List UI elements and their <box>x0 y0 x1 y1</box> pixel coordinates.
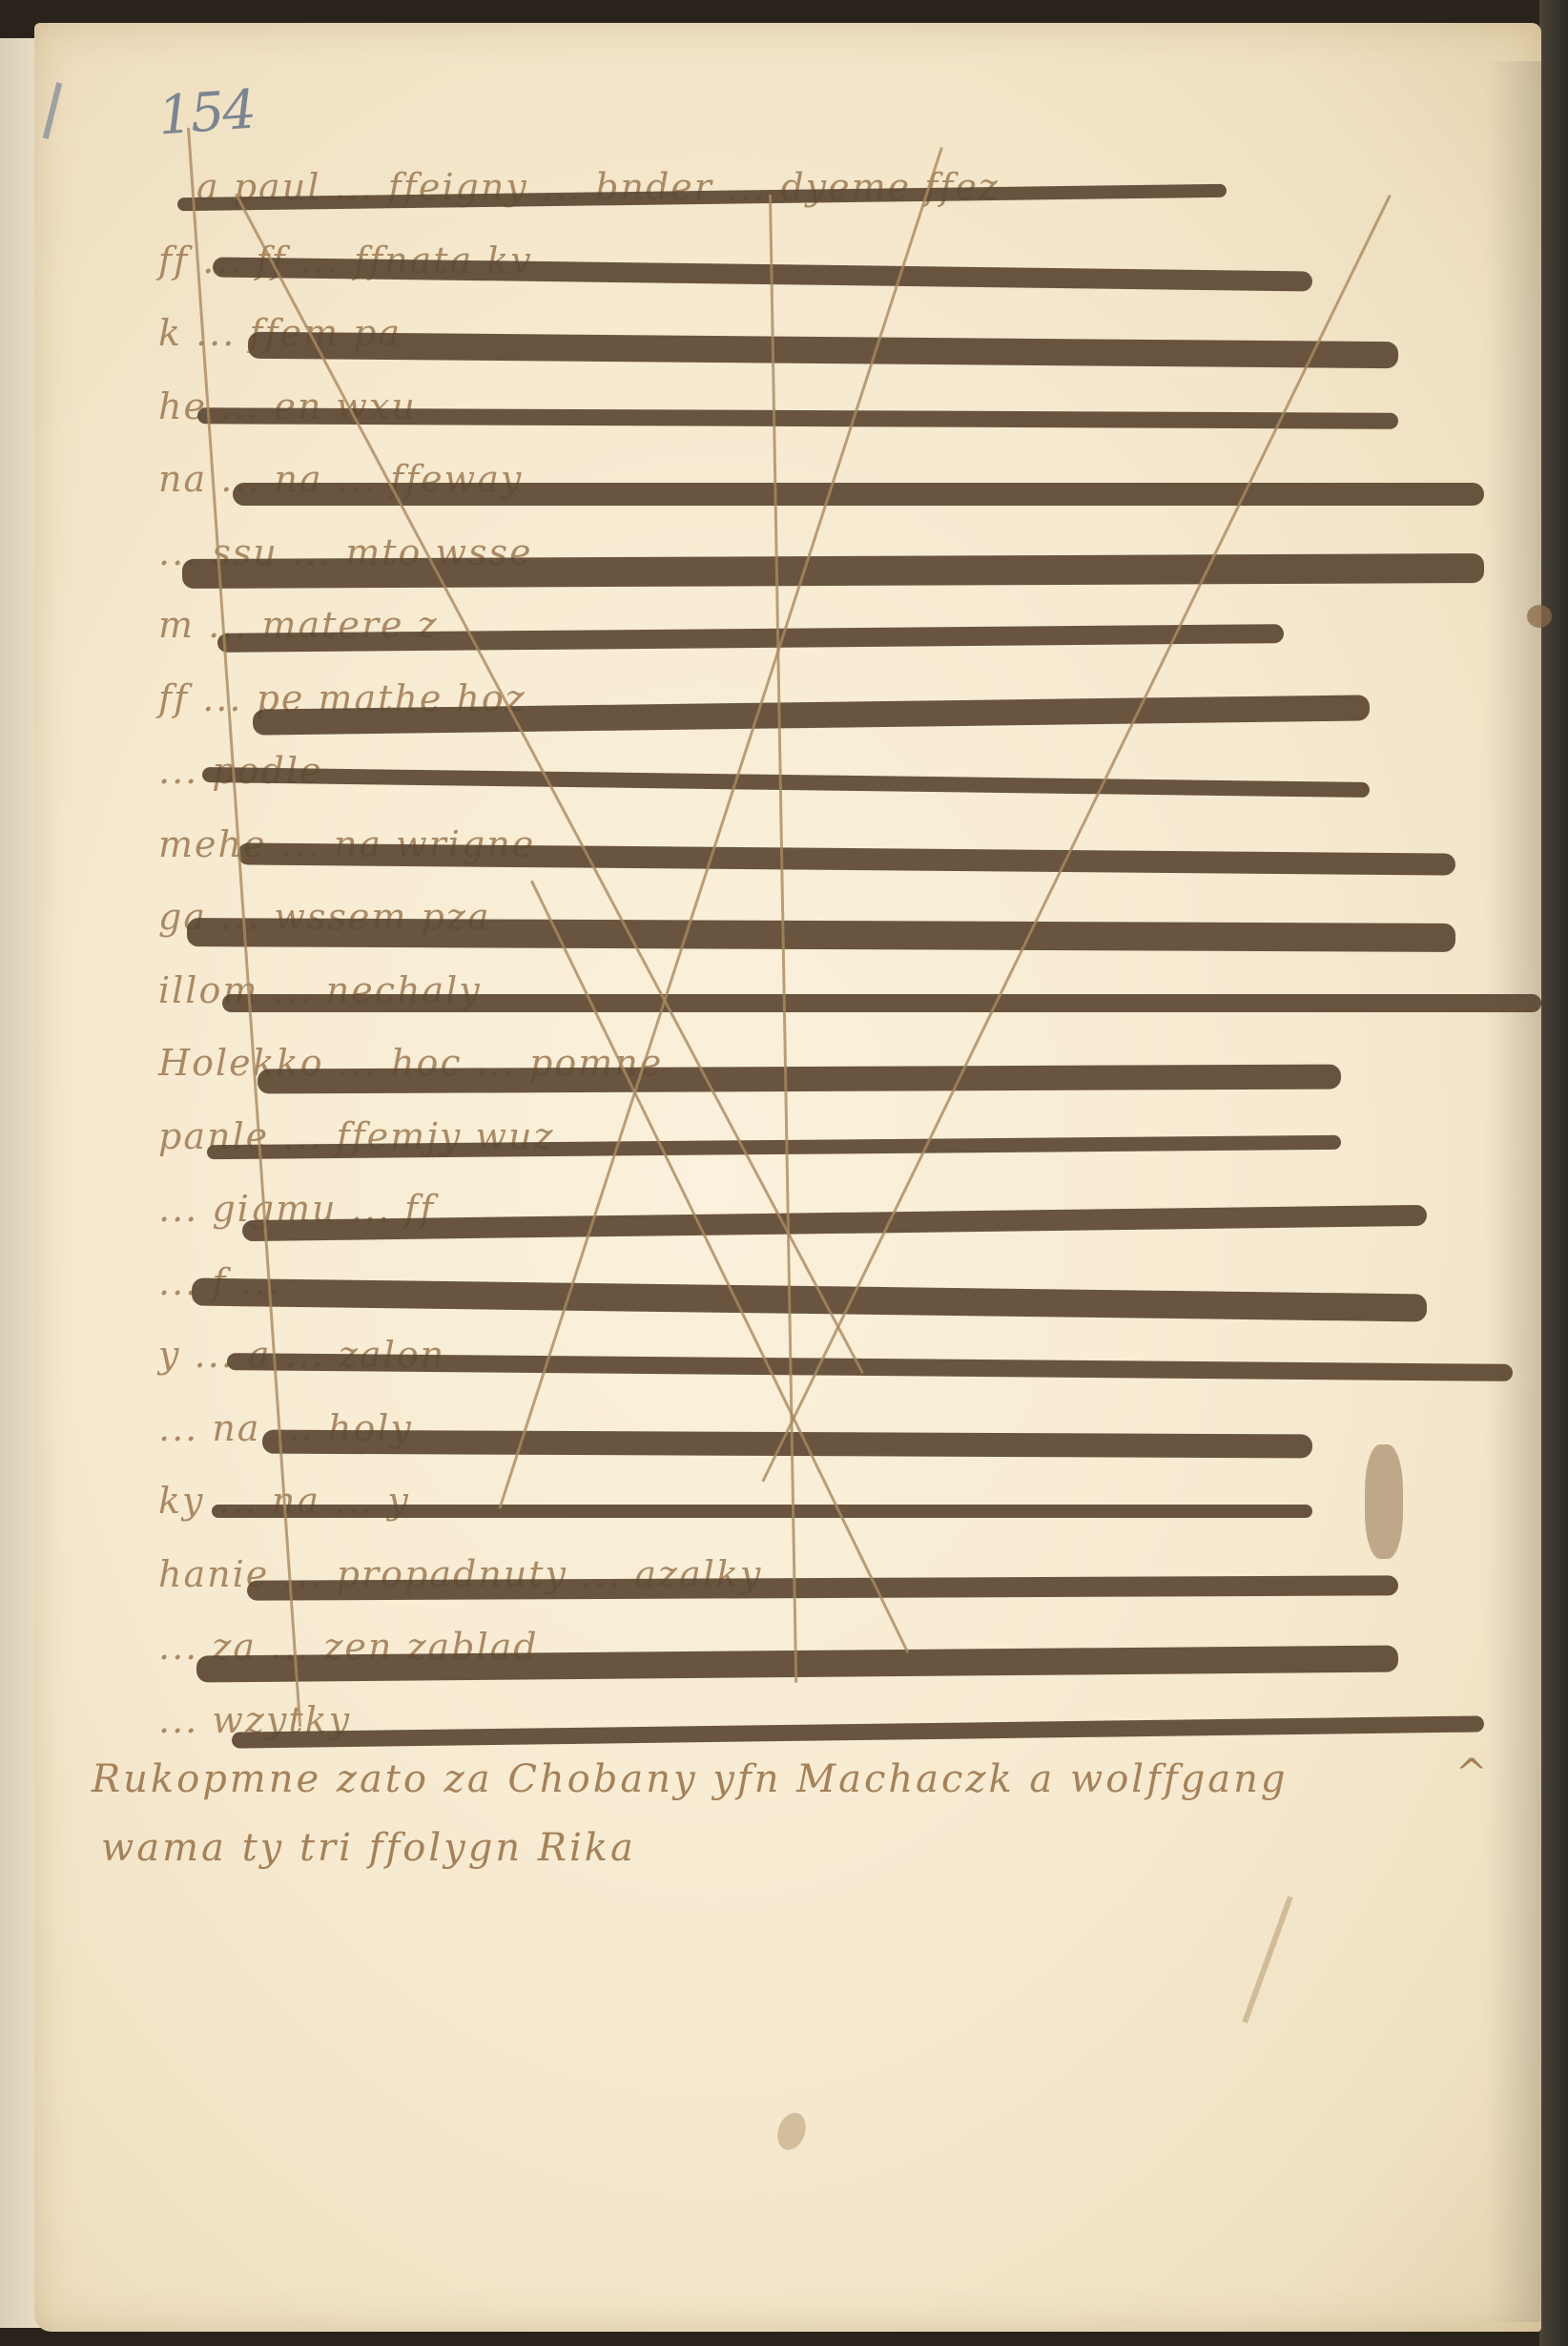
strike-through-stroke <box>182 553 1484 589</box>
final-line-1: Rukopmne zato za Chobany yfn Machaczk a … <box>92 1757 1289 1801</box>
strike-through-stroke <box>232 1715 1484 1748</box>
strike-through-stroke <box>248 332 1398 369</box>
final-line-2: wama ty tri ffolygn Rika <box>101 1826 636 1870</box>
strike-through-stroke <box>187 918 1455 952</box>
book-spine-shadow <box>1539 0 1568 2346</box>
strike-through-stroke <box>258 1065 1341 1094</box>
manuscript-page: 154 a paul ... ffeigny ... bnder ... dye… <box>34 23 1541 2332</box>
strike-through-stroke <box>227 1353 1513 1381</box>
strike-through-stroke <box>222 994 1541 1012</box>
caret-mark: ^ <box>1455 1752 1491 1796</box>
strike-through-stroke <box>213 257 1312 291</box>
strike-through-stroke <box>237 842 1455 875</box>
ink-blot <box>1365 1444 1403 1559</box>
strike-through-stroke <box>192 1277 1427 1321</box>
strike-through-stroke <box>233 483 1484 506</box>
strike-through-stroke <box>202 767 1370 798</box>
ink-blot <box>1527 605 1552 628</box>
strike-through-stroke <box>212 1505 1312 1518</box>
